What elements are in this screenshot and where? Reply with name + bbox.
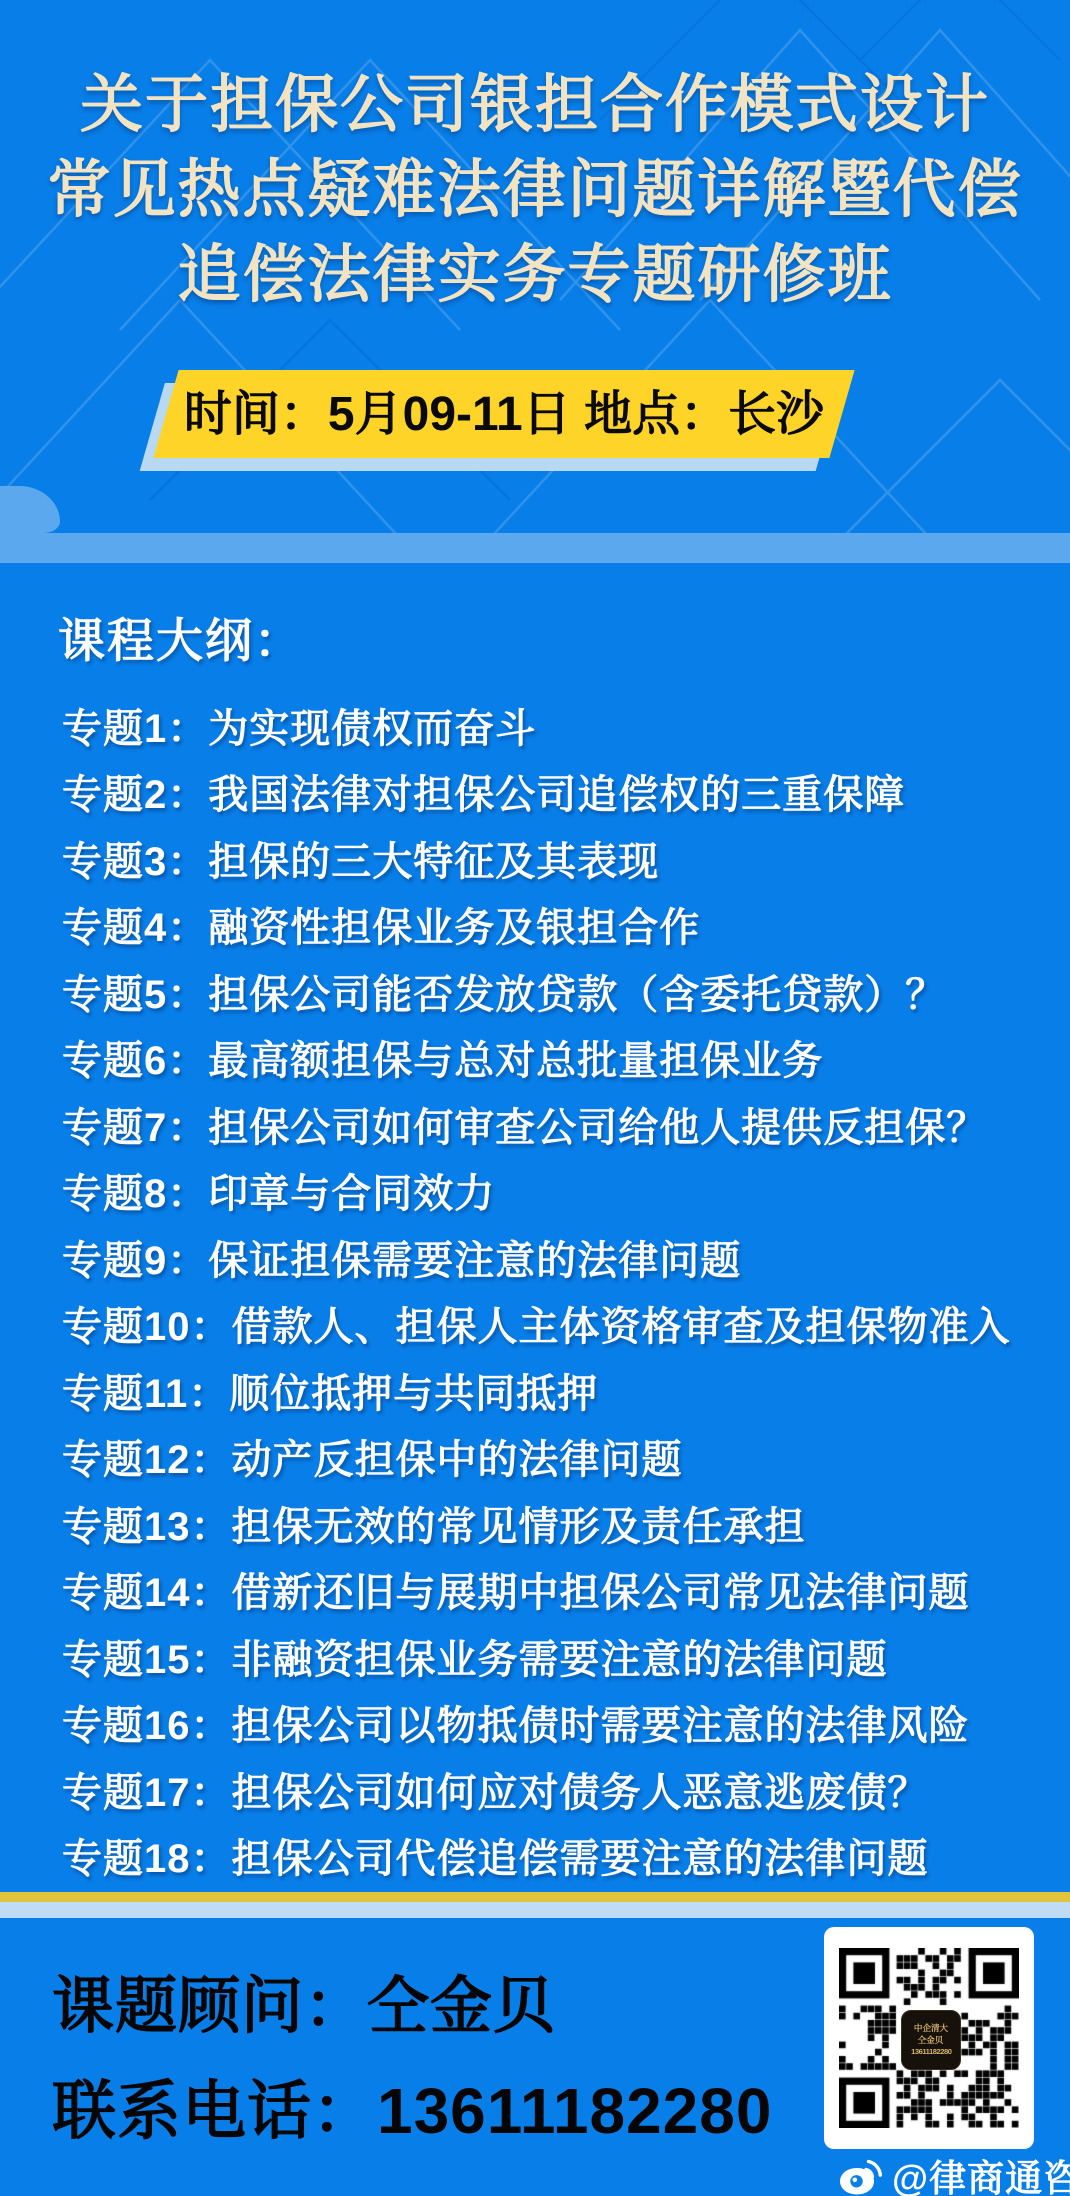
contact-section: 课题顾问：仝金贝 联系电话：13611182280 中企清大 仝金贝 13611… [0,1918,1070,2196]
outline-item: 专题10：借款人、担保人主体资格审查及担保物准入 [62,1291,1070,1358]
weibo-handle: @律商通咨询 [892,2148,1070,2196]
outline-item: 专题7：担保公司如何审查公司给他人提供反担保？ [62,1091,1070,1158]
weibo-watermark: @律商通咨询 [836,2148,1070,2196]
outline-item: 专题11：顺位抵押与共同抵押 [62,1357,1070,1424]
outline-item: 专题12：动产反担保中的法律问题 [62,1424,1070,1491]
qr-label-phone: 13611182280 [911,2047,951,2057]
header-section: 关于担保公司银担合作模式设计 常见热点疑难法律问题详解暨代偿 追偿法律实务专题研… [0,0,1070,533]
outline-section: 课程大纲： 专题1：为实现债权而奋斗专题2：我国法律对担保公司追偿权的三重保障专… [0,563,1070,1892]
outline-item: 专题9：保证担保需要注意的法律问题 [62,1224,1070,1291]
outline-list: 专题1：为实现债权而奋斗专题2：我国法律对担保公司追偿权的三重保障专题3：担保的… [62,692,1070,1889]
divider-band [0,533,1070,563]
weibo-icon [836,2153,883,2196]
outline-item: 专题13：担保无效的常见情形及责任承担 [62,1490,1070,1557]
outline-item: 专题6：最高额担保与总对总批量担保业务 [62,1025,1070,1092]
gold-divider-line [0,1892,1070,1902]
outline-item: 专题16：担保公司以物抵债时需要注意的法律风险 [62,1690,1070,1757]
qr-label-brand: 中企清大 [914,2023,948,2033]
title-line-2: 常见热点疑难法律问题详解暨代偿 [0,147,1070,232]
outline-item: 专题8：印章与合同效力 [62,1158,1070,1225]
bottom-divider [0,1892,1070,1918]
seminar-poster: 关于担保公司银担合作模式设计 常见热点疑难法律问题详解暨代偿 追偿法律实务专题研… [0,0,1070,2196]
qr-center-label: 中企清大 仝金贝 13611182280 [901,2010,961,2070]
page-title: 关于担保公司银担合作模式设计 常见热点疑难法律问题详解暨代偿 追偿法律实务专题研… [0,62,1070,317]
outline-item: 专题15：非融资担保业务需要注意的法律问题 [62,1623,1070,1690]
title-line-3: 追偿法律实务专题研修班 [0,232,1070,317]
outline-item: 专题3：担保的三大特征及其表现 [62,825,1070,892]
schedule-badge: 时间：5月09-11日 地点：长沙 [153,370,854,458]
schedule-text: 时间：5月09-11日 地点：长沙 [166,370,842,458]
outline-item: 专题5：担保公司能否发放贷款（含委托贷款）？ [62,958,1070,1025]
advisor-text: 课题顾问：仝金贝 [52,1956,556,2045]
qr-code-panel: 中企清大 仝金贝 13611182280 [824,1927,1034,2149]
outline-item: 专题17：担保公司如何应对债务人恶意逃废债？ [62,1756,1070,1823]
outline-heading: 课程大纲： [58,611,1070,670]
outline-item: 专题18：担保公司代偿追偿需要注意的法律问题 [62,1823,1070,1890]
qr-label-name: 仝金贝 [918,2035,944,2045]
title-line-1: 关于担保公司银担合作模式设计 [0,62,1070,147]
outline-item: 专题4：融资性担保业务及银担合作 [62,892,1070,959]
phone-text: 联系电话：13611182280 [52,2060,772,2152]
outline-item: 专题1：为实现债权而奋斗 [62,692,1070,759]
outline-item: 专题14：借新还旧与展期中担保公司常见法律问题 [62,1557,1070,1624]
outline-item: 专题2：我国法律对担保公司追偿权的三重保障 [62,759,1070,826]
pale-divider-line [0,1902,1070,1918]
